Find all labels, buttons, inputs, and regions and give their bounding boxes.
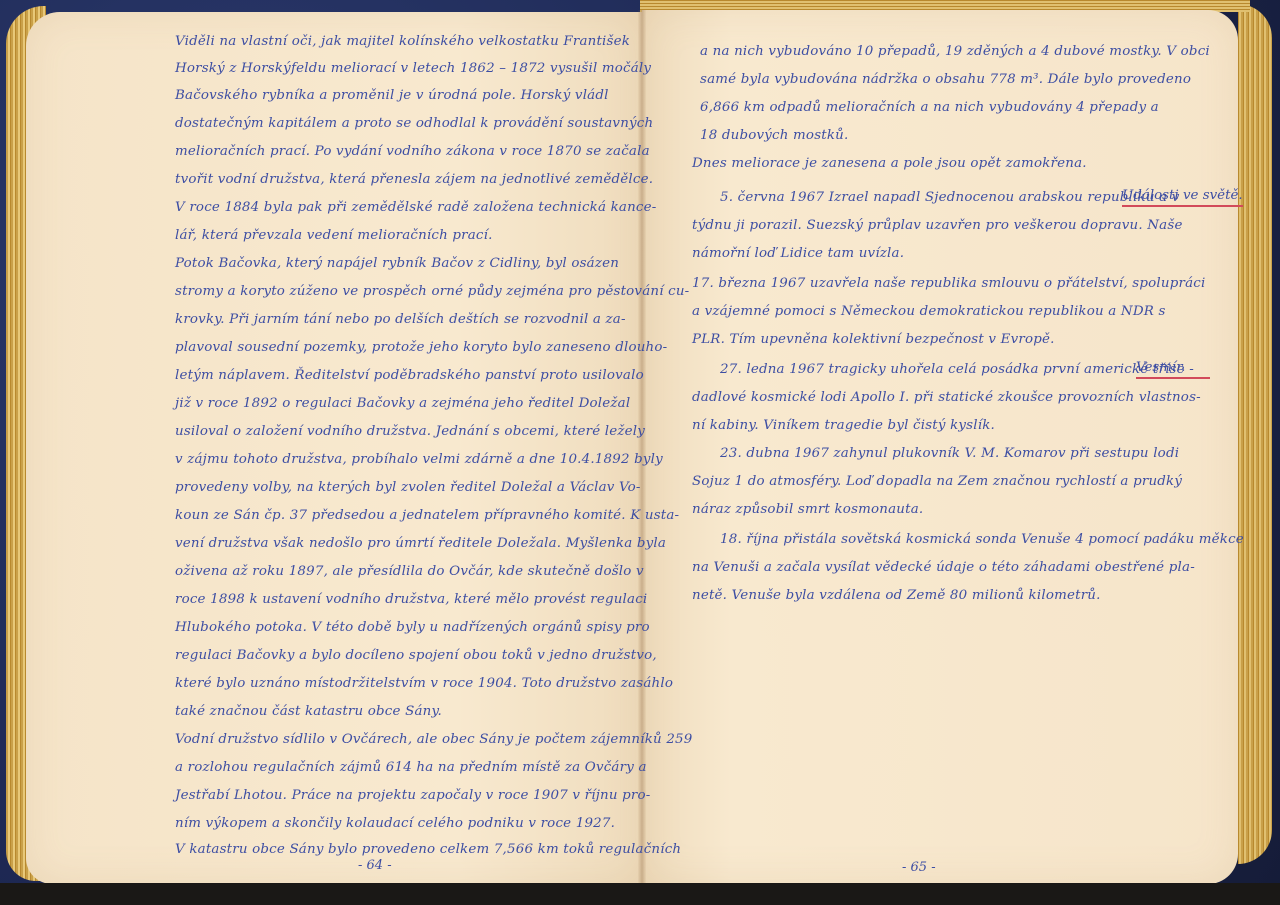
text-line: samé byla vybudována nádržka o obsahu 77…: [700, 72, 1191, 87]
red-underline: [1136, 377, 1210, 379]
text-line: 18. října přistála sovětská kosmická son…: [720, 532, 1244, 547]
text-line: netě. Venuše byla vzdálena od Země 80 mi…: [692, 588, 1101, 603]
margin-note-label: Vesmír.: [1136, 360, 1185, 375]
text-line: 23. dubna 1967 zahynul plukovník V. M. K…: [720, 446, 1179, 461]
text-line: v zájmu tohoto družstva, probíhalo velmi…: [175, 452, 663, 467]
margin-note-space: Vesmír.: [1136, 360, 1210, 379]
text-line: námořní loď Lidice tam uvízla.: [692, 246, 904, 261]
text-line: tvořit vodní družstva, která přenesla zá…: [175, 172, 653, 187]
text-line: oživena až roku 1897, ale přesídlila do …: [175, 564, 644, 579]
text-line: týdnu ji porazil. Suezský průplav uzavře…: [692, 218, 1183, 233]
text-line: regulaci Bačovky a bylo docíleno spojení…: [175, 648, 657, 663]
text-line: koun ze Sán čp. 37 předsedou a jednatele…: [175, 508, 679, 523]
text-line: Potok Bačovka, který napájel rybník Bačo…: [175, 256, 619, 271]
text-line: Vodní družstvo sídlilo v Ovčárech, ale o…: [175, 732, 693, 747]
page-number-right: - 65 -: [902, 860, 936, 875]
text-line: provedeny volby, na kterých byl zvolen ř…: [175, 480, 641, 495]
text-line: Sojuz 1 do atmosféry. Loď dopadla na Zem…: [692, 474, 1182, 489]
margin-note-label: Události ve světě.: [1122, 188, 1243, 203]
text-line: 17. března 1967 uzavřela naše republika …: [692, 276, 1205, 291]
text-line: na Venuši a začala vysílat vědecké údaje…: [692, 560, 1195, 575]
book-gutter: [638, 10, 646, 884]
text-line: V katastru obce Sány bylo provedeno celk…: [175, 842, 681, 857]
text-line: 27. ledna 1967 tragicky uhořela celá pos…: [720, 362, 1194, 377]
text-line: plavoval sousední pozemky, protože jeho …: [175, 340, 667, 355]
text-line: které bylo uznáno místodržitelstvím v ro…: [175, 676, 673, 691]
text-line: dostatečným kapitálem a proto se odhodla…: [175, 116, 653, 131]
text-line: ním výkopem a skončily kolaudací celého …: [175, 816, 615, 831]
text-line: Dnes meliorace je zanesena a pole jsou o…: [692, 156, 1087, 171]
text-line: 18 dubových mostků.: [700, 128, 848, 143]
text-line: již v roce 1892 o regulaci Bačovky a zej…: [175, 396, 630, 411]
text-line: Jestřabí Lhotou. Práce na projektu započ…: [175, 788, 651, 803]
text-line: vení družstva však nedošlo pro úmrtí řed…: [175, 536, 666, 551]
page-number-left: - 64 -: [358, 858, 392, 873]
text-line: PLR. Tím upevněna kolektivní bezpečnost …: [692, 332, 1055, 347]
text-line: melioračních prací. Po vydání vodního zá…: [175, 144, 650, 159]
text-line: náraz způsobil smrt kosmonauta.: [692, 502, 923, 517]
text-line: letým náplavem. Ředitelství poděbradskéh…: [175, 368, 644, 383]
table-shadow: [0, 883, 1280, 905]
text-line: a vzájemné pomoci s Německou demokratick…: [692, 304, 1166, 319]
text-line: 6,866 km odpadů melioračních a na nich v…: [700, 100, 1159, 115]
text-line: Bačovského rybníka a proměnil je v úrodn…: [175, 88, 609, 103]
text-line: také značnou část katastru obce Sány.: [175, 704, 442, 719]
text-line: stromy a koryto zúženo ve prospěch orné …: [175, 284, 689, 299]
text-line: a rozlohou regulačních zájmů 614 ha na p…: [175, 760, 647, 775]
text-line: Hlubokého potoka. V této době byly u nad…: [175, 620, 650, 635]
text-line: V roce 1884 byla pak při zemědělské radě…: [175, 200, 656, 215]
left-page: [26, 12, 642, 884]
text-line: ní kabiny. Viníkem tragedie byl čistý ky…: [692, 418, 995, 433]
margin-note-world-events: Události ve světě.: [1122, 188, 1243, 207]
text-line: a na nich vybudováno 10 přepadů, 19 zděn…: [700, 44, 1210, 59]
gilt-page-edge-right: [1238, 4, 1272, 864]
text-line: lář, která převzala vedení melioračních …: [175, 228, 493, 243]
text-line: usiloval o založení vodního družstva. Je…: [175, 424, 645, 439]
text-line: dadlové kosmické lodi Apollo I. při stat…: [692, 390, 1201, 405]
text-line: roce 1898 k ustavení vodního družstva, k…: [175, 592, 647, 607]
text-line: Viděli na vlastní oči, jak majitel kolín…: [175, 34, 630, 49]
text-line: Horský z Horskýfeldu meliorací v letech …: [175, 61, 651, 76]
text-line: 5. června 1967 Izrael napadl Sjednocenou…: [720, 190, 1180, 205]
text-line: krovky. Při jarním tání nebo po delších …: [175, 312, 626, 327]
red-underline: [1122, 205, 1243, 207]
